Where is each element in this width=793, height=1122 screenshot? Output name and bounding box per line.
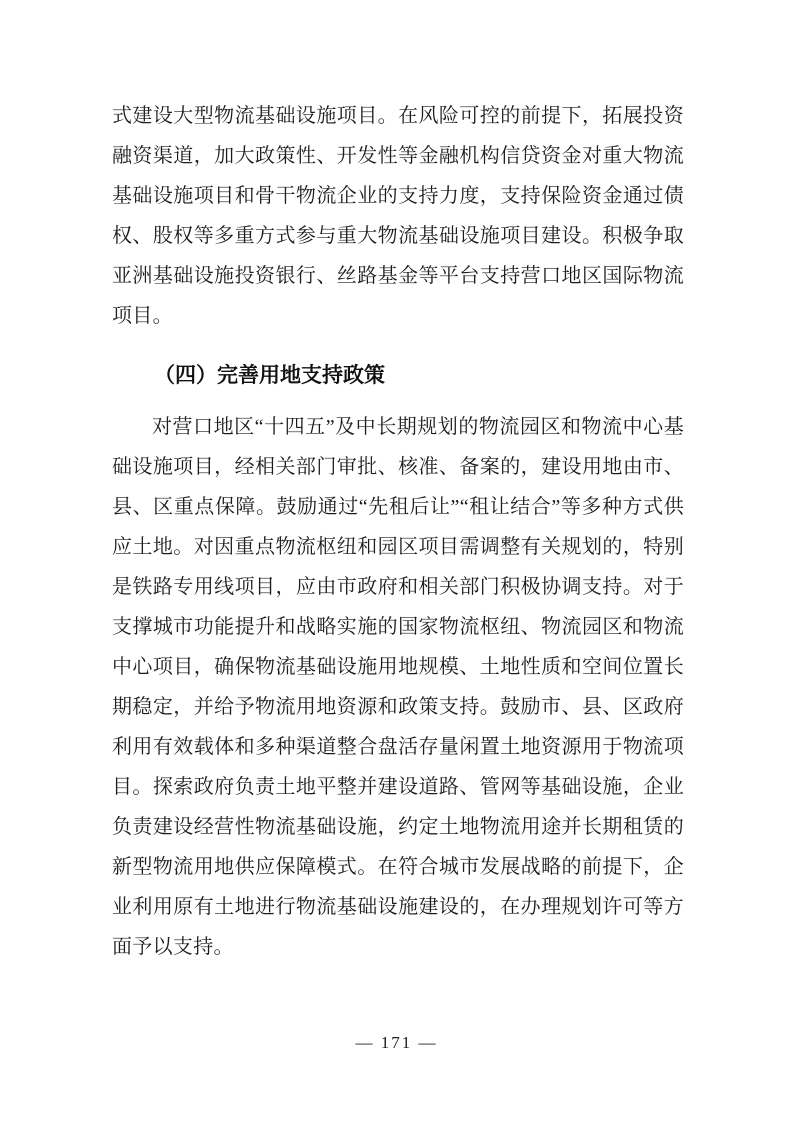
document-page: 式建设大型物流基础设施项目。在风险可控的前提下，拓展投资融资渠道，加大政策性、开…	[0, 0, 793, 1122]
page-content: 式建设大型物流基础设施项目。在风险可控的前提下，拓展投资融资渠道，加大政策性、开…	[112, 96, 684, 967]
page-footer: — 171 —	[0, 1033, 793, 1053]
paragraph-land-support-policy-body: 对营口地区“十四五”及中长期规划的物流园区和物流中心基础设施项目，经相关部门审批…	[112, 407, 684, 967]
section-heading-improve-land-support-policy: （四）完善用地支持政策	[112, 355, 684, 395]
page-number: — 171 —	[356, 1033, 438, 1052]
paragraph-investment-financing-continuation: 式建设大型物流基础设施项目。在风险可控的前提下，拓展投资融资渠道，加大政策性、开…	[112, 96, 684, 336]
